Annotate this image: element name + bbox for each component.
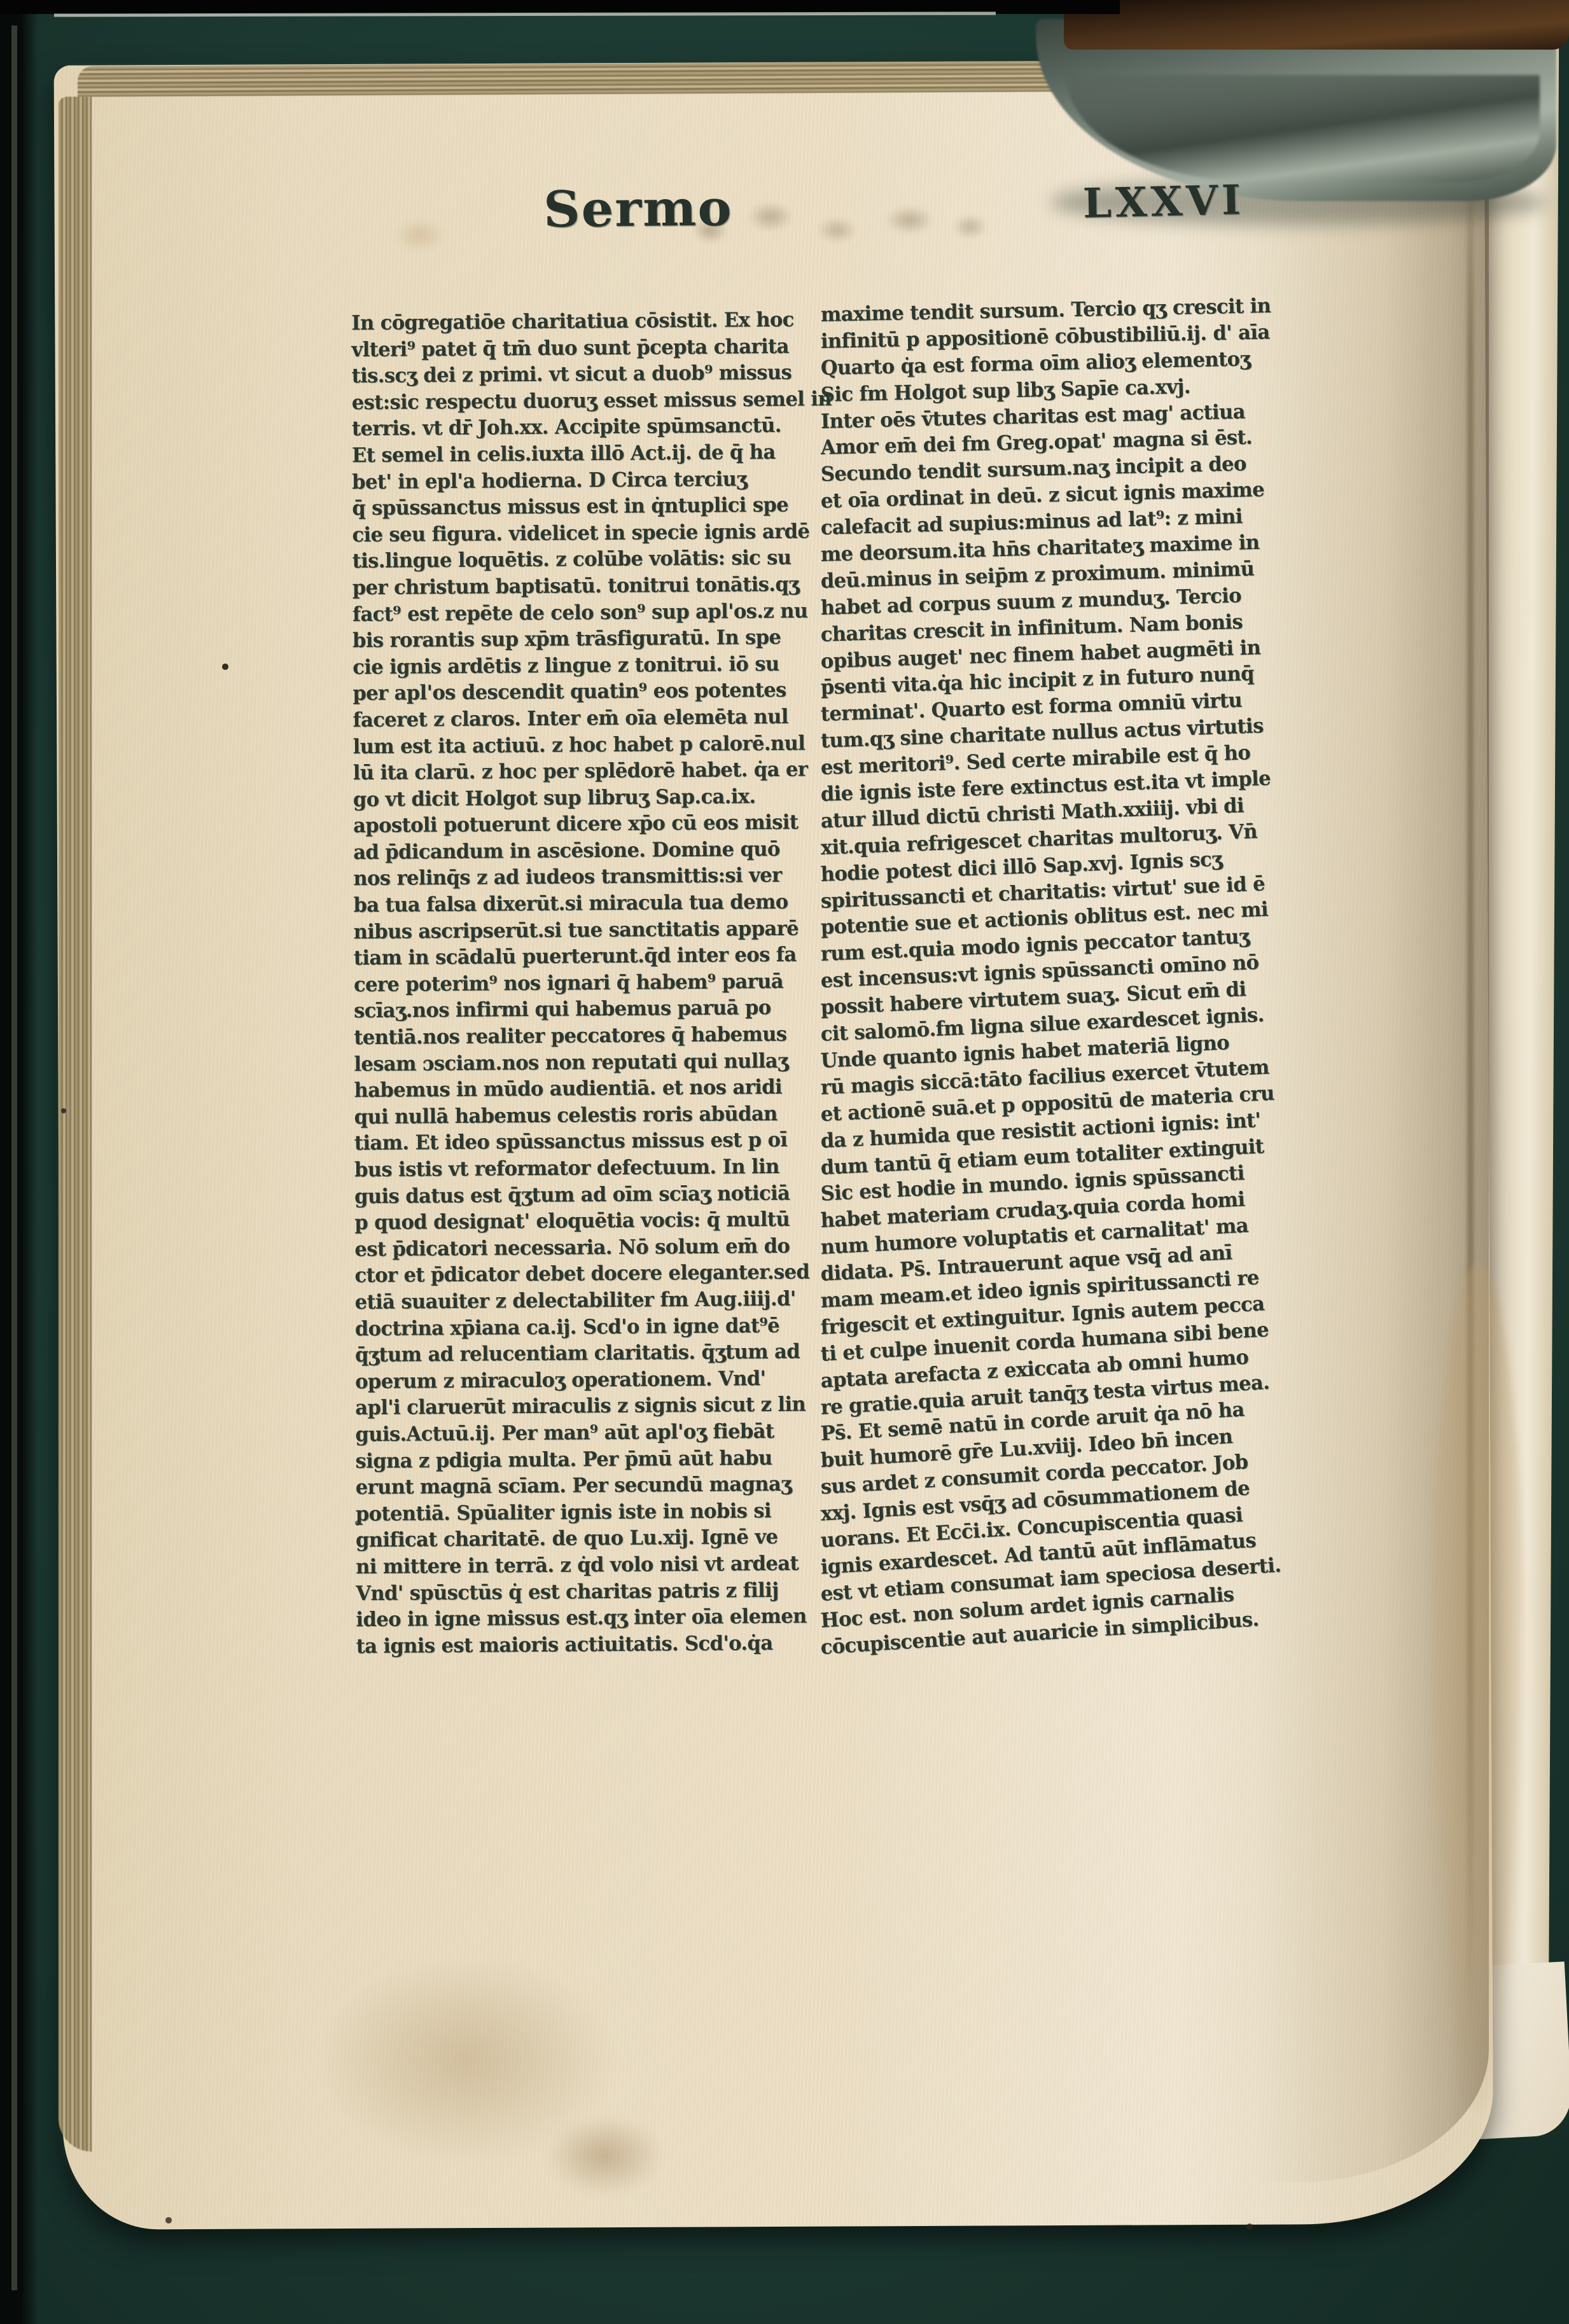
text-line: p quod designat' eloquētia vocis: q̄ mul…: [354, 1206, 802, 1236]
folio-number: LXXVI: [1082, 176, 1245, 228]
text-line: bet' in epl'a hodierna. D Circa terciuʒ: [352, 465, 799, 495]
text-line: operum z miraculoʒ operationem. Vnd': [355, 1365, 802, 1395]
text-line: ideo in igne missus est.qʒ inter oīa ele…: [356, 1603, 803, 1633]
text-line: est p̄dicatori necessaria. Nō solum em̄ …: [354, 1232, 802, 1262]
text-line: guis.Actuū.ij. Per man⁹ aūt apl'oʒ fiebā…: [355, 1418, 802, 1448]
text-line: doctrina xp̄iana ca.ij. Scd'o in igne da…: [355, 1312, 802, 1342]
text-line: tis.lingue loquētis. z colūbe volātis: s…: [352, 545, 800, 574]
text-line: per christum baptisatū. tonitrui tonātis…: [352, 571, 800, 601]
text-line: q̄ʒtum ad relucentiam claritatis. q̄ʒtum…: [355, 1339, 802, 1368]
text-line: nibus ascripserūt.si tue sanctitatis app…: [354, 915, 801, 945]
running-title: Sermo: [543, 179, 733, 239]
text-line: tiam in scādalū puerterunt.q̄d inter eos…: [354, 942, 801, 971]
page-stack-edges-top: [78, 61, 1080, 97]
text-line: tiam. Et ideo spūssanctus missus est p o…: [354, 1127, 802, 1157]
text-line: erunt magnā scīam. Per secundū magnaʒ: [356, 1471, 803, 1501]
text-column-right: maxime tendit sursum. Tercio qʒ crescit …: [821, 302, 1281, 1660]
text-line: Vnd' spūsctūs q̇ est charitas patris z f…: [356, 1576, 803, 1606]
text-line: ad p̄dicandum in ascēsione. Domine quō: [353, 836, 800, 866]
text-line: per apl'os descendit quatin⁹ eos potente…: [352, 677, 800, 707]
text-line: lesam ɔsciam.nos non reputati qui nullaʒ: [354, 1047, 801, 1077]
text-line: faceret z claros. Inter em̄ oīa elemēta …: [352, 704, 800, 734]
text-line: guis datus est q̄ʒtum ad oīm scīaʒ notic…: [354, 1179, 802, 1209]
text-line: cie ignis ardētis z lingue z tonitrui. i…: [352, 650, 800, 680]
text-line: lum est ita actiuū. z hoc habet p calorē…: [353, 730, 800, 760]
text-line: habemus in mūdo audientiā. et nos aridi: [354, 1074, 801, 1104]
text-line: scīaʒ.nos infirmi qui habemus paruā po: [354, 994, 801, 1024]
text-line: bus istis vt reformator defectuum. In li…: [354, 1153, 802, 1183]
text-line: potentiā. Spūaliter ignis iste in nobis …: [356, 1497, 803, 1527]
text-line: qui nullā habemus celestis roris abūdan: [354, 1100, 802, 1130]
photo-left-light-sliver: [11, 25, 17, 2290]
text-line: etiā suauiter z delectabiliter fm Aug.ii…: [355, 1286, 802, 1316]
text-line: go vt dicit Holgot sup libruʒ Sap.ca.ix.: [353, 783, 800, 812]
text-line: ctor et p̄dicator debet docere eleganter…: [354, 1259, 802, 1289]
text-line: signa z pdigia multa. Per p̄mū aūt habu: [355, 1444, 802, 1474]
text-line: In cōgregatiōe charitatiua cōsistit. Ex …: [351, 307, 798, 337]
text-line: ni mittere in terrā. z q̇d volo nisi vt …: [356, 1550, 803, 1580]
stain-bottom-small: [546, 2116, 664, 2195]
text-line: vlteri⁹ patet q̄ tm̄ duo sunt p̄cepta ch…: [351, 333, 798, 363]
text-line: fact⁹ est repēte de celo son⁹ sup apl'os…: [352, 597, 800, 627]
text-line: est:sic respectu duoruʒ esset missus sem…: [352, 386, 799, 415]
text-line: gnificat charitatē. de quo Lu.xij. Ignē …: [356, 1524, 803, 1554]
photo-left-black-strip: [0, 0, 38, 2324]
text-line: ba tua falsa dixerūt.si miracula tua dem…: [353, 889, 800, 919]
scanned-book-photo: Sermo LXXVI In cōgregatiōe charitatiua c…: [0, 0, 1569, 2324]
text-line: ta ignis est maioris actiuitatis. Scd'o.…: [356, 1629, 803, 1659]
water-stain-gutter: [1430, 1263, 1526, 2112]
leather-spine: [1064, 0, 1569, 50]
text-line: q̄ spūssanctus missus est in q̇ntuplici …: [352, 492, 799, 522]
text-line: tentiā.nos realiter peccatores q̄ habemu…: [354, 1021, 801, 1051]
text-line: bis rorantis sup xp̄m trāsfiguratū. In s…: [352, 624, 800, 654]
text-line: lū ita clarū. z hoc per splēdorē habet. …: [353, 756, 800, 786]
text-line: apostoli potuerunt dicere xp̄o cū eos mi…: [353, 809, 800, 839]
text-line: tis.scʒ dei z primi. vt sicut a duob⁹ mi…: [351, 359, 798, 389]
foxing-spot: [394, 219, 445, 251]
text-line: cere poterim⁹ nos ignari q̄ habem⁹ paruā: [354, 968, 801, 998]
text-line: terris. vt dr̄ Joh.xx. Accipite spūmsanc…: [352, 412, 799, 442]
text-line: nos relinq̄s z ad iudeos transmittis:si …: [353, 862, 800, 892]
page-stack-edges-left: [59, 97, 92, 2152]
text-line: apl'i claruerūt miraculis z signis sicut…: [355, 1391, 802, 1421]
text-column-left: In cōgregatiōe charitatiua cōsistit. Ex …: [351, 309, 816, 1660]
text-line: Et semel in celis.iuxta illō Act.ij. de …: [352, 439, 799, 469]
text-line: cie seu figura. videlicet in specie igni…: [352, 518, 799, 548]
